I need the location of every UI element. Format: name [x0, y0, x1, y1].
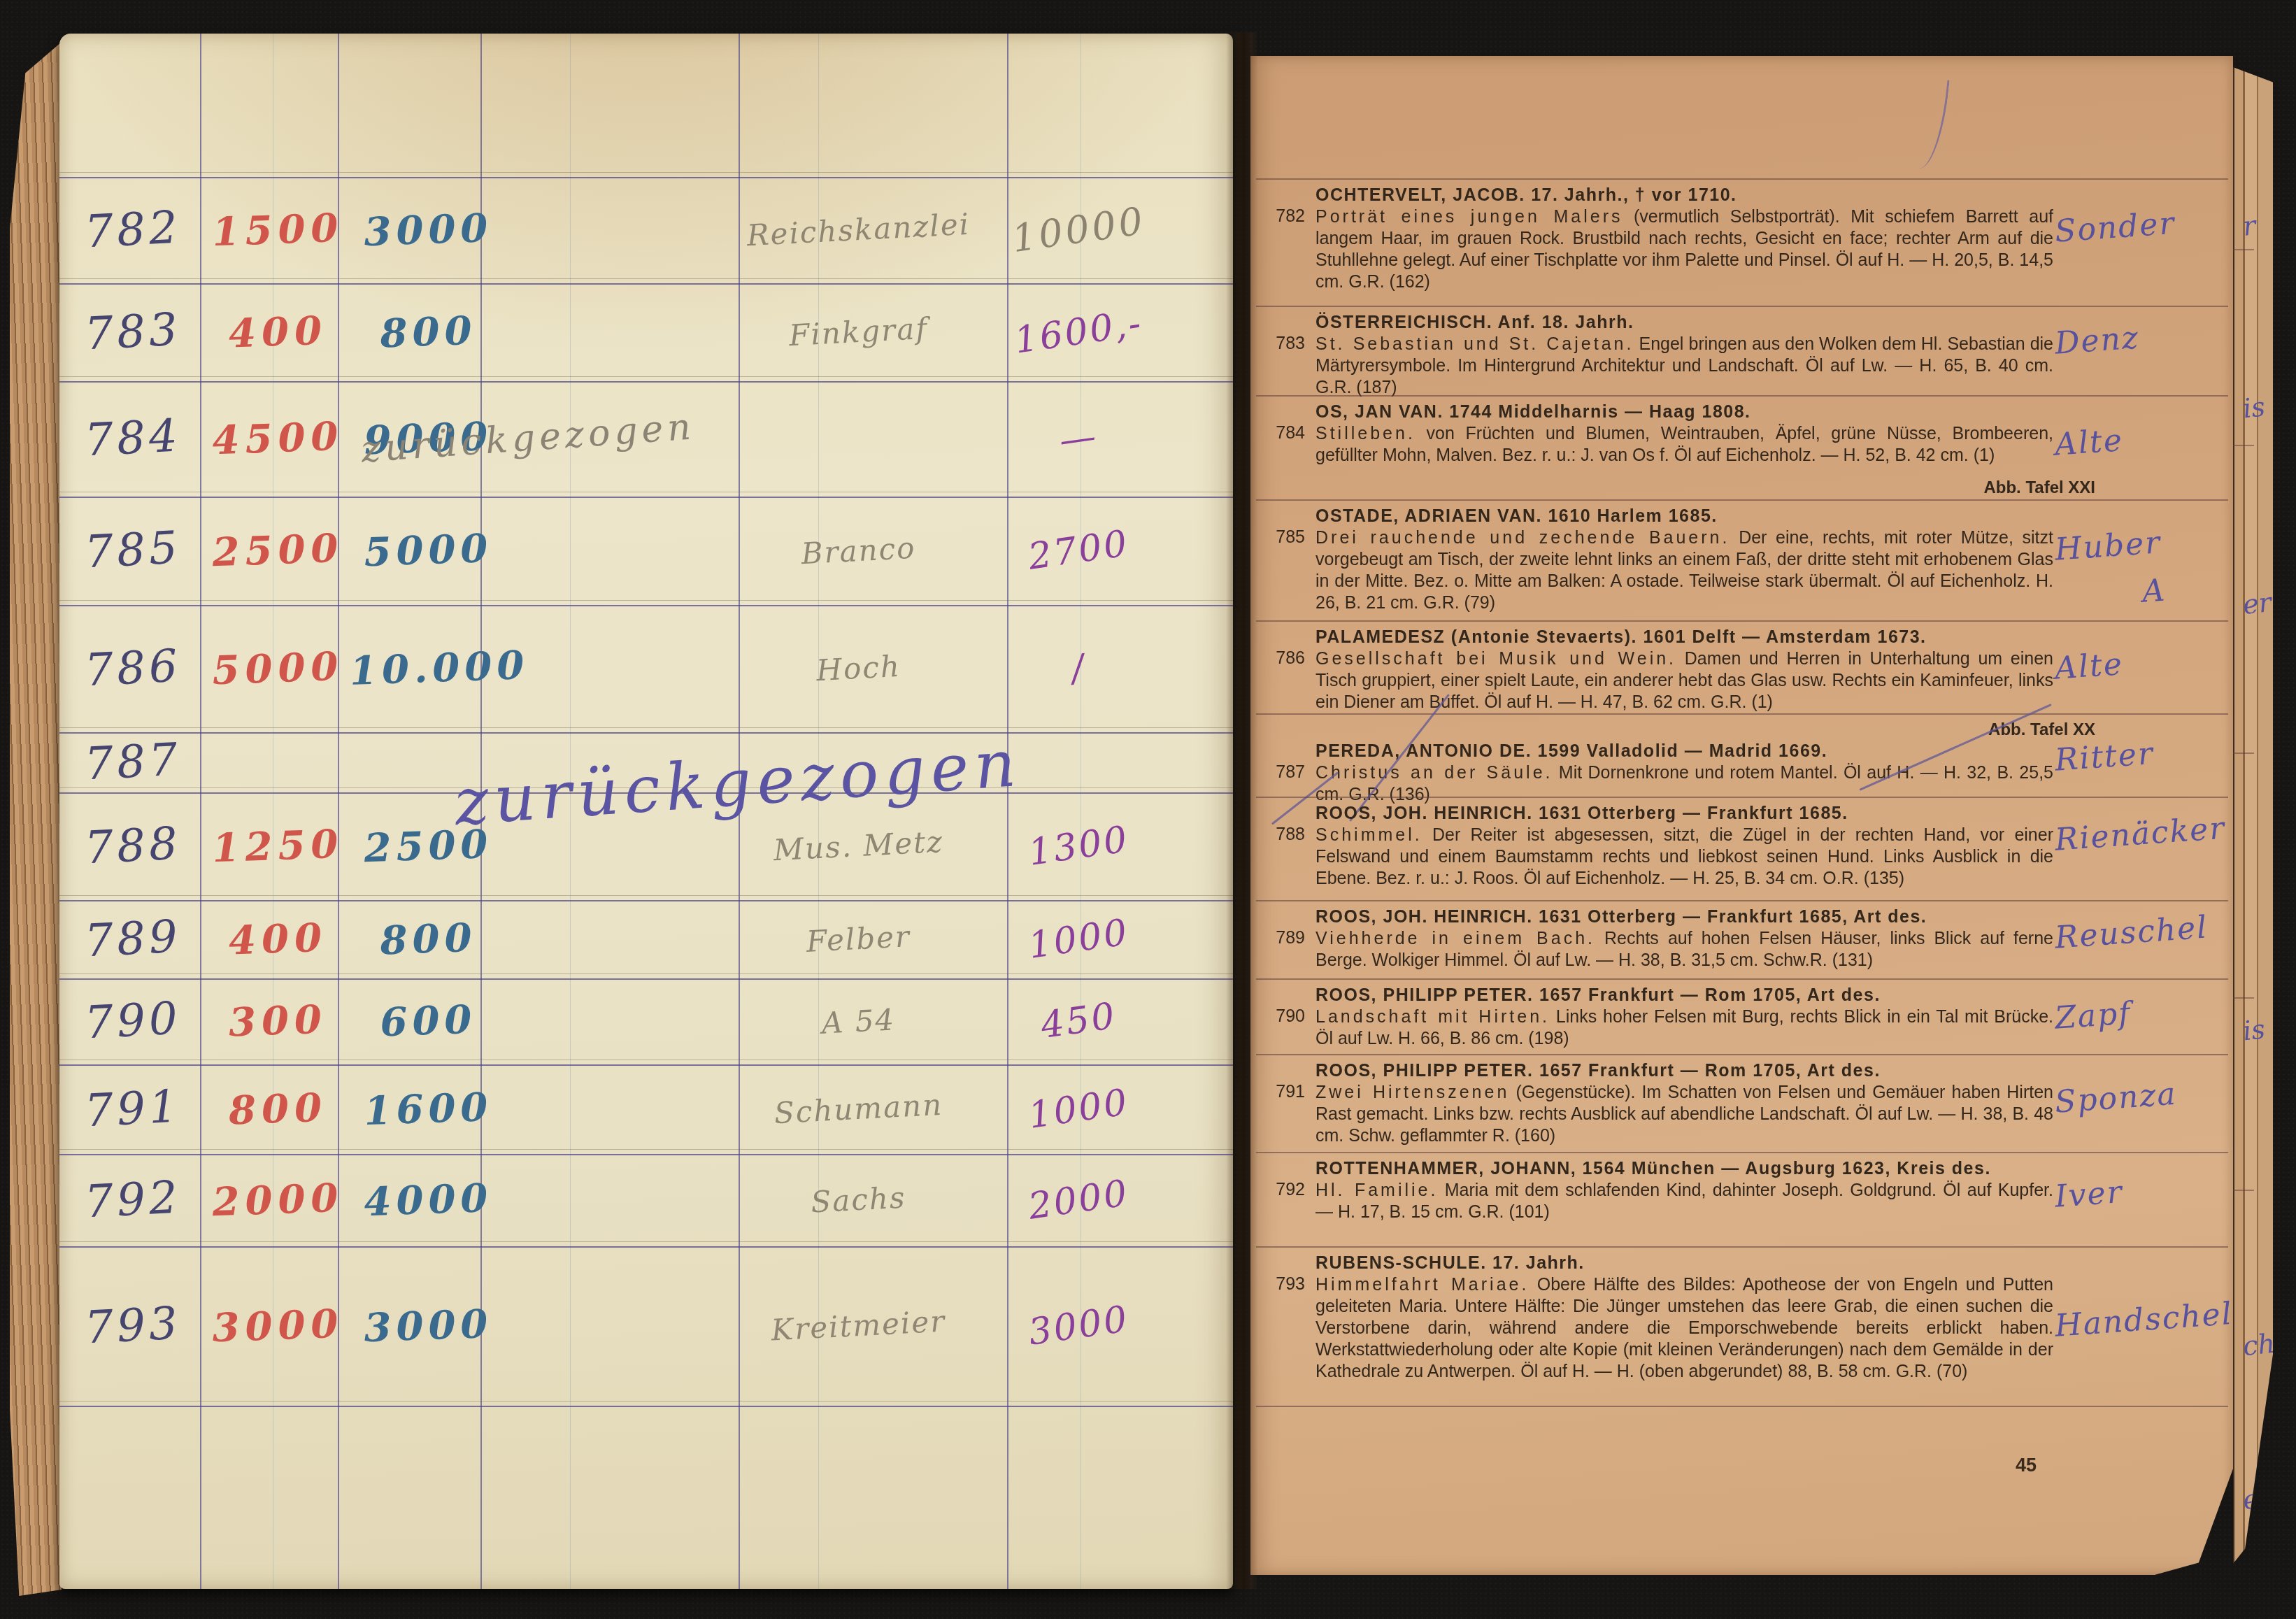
- catalog-entry-text: OS, JAN VAN. 1744 Middelharnis — Haag 18…: [1315, 397, 2053, 466]
- catalog-lot-number: 790: [1256, 1006, 1305, 1027]
- catalog-entry-description: Stilleben. von Früchten und Blumen, Wein…: [1315, 423, 2053, 466]
- ledger-estimate-price: 5000: [348, 494, 508, 608]
- ledger-row: 789400800Felber1000: [59, 900, 1233, 978]
- ledger-row: 78445009000zurückgezogen—: [59, 381, 1233, 497]
- catalog-lot-number: 789: [1256, 928, 1305, 948]
- ledger-result-price: —: [997, 371, 1162, 506]
- ledger-lot-number: 784: [64, 378, 202, 500]
- catalog-entry-description: Gesellschaft bei Musik und Wein. Damen u…: [1315, 648, 2053, 713]
- catalog-entry-title: Drei rauchende und zechende Bauern.: [1315, 528, 1730, 548]
- ledger-limit-price: 400: [205, 897, 351, 980]
- ledger-row: 78812502500Mus. Metz1300: [59, 792, 1233, 900]
- ledger-buyer-name: Kreitmeier: [720, 1239, 997, 1413]
- edge-writing-fragment: ch: [2241, 1328, 2276, 1362]
- catalog-entry-text: RUBENS-SCHULE. 17. Jahrh.Himmelfahrt Mar…: [1315, 1248, 2053, 1383]
- catalog-entry-text: ÖSTERREICHISCH. Anf. 18. Jahrh.St. Sebas…: [1315, 307, 2053, 399]
- catalog-entry-artist: ROOS, PHILIPP PETER. 1657 Frankfurt — Ro…: [1315, 985, 2053, 1006]
- catalog-lot-number: 788: [1256, 825, 1305, 845]
- catalog-entry-title: Schimmel.: [1315, 825, 1422, 845]
- edge-rule-fragment: [2233, 997, 2254, 999]
- catalog-entry-description: Schimmel. Der Reiter ist abgesessen, sit…: [1315, 825, 2053, 890]
- ledger-buyer-name: Reichskanzlei: [721, 170, 995, 290]
- edge-rule-fragment: [2233, 753, 2254, 754]
- ledger-limit-price: 1500: [204, 174, 351, 285]
- catalog-entry-text: OSTADE, ADRIAEN VAN. 1610 Harlem 1685.Dr…: [1315, 501, 2053, 614]
- ledger-limit-price: 800: [205, 1062, 351, 1156]
- ledger-lot-number: 785: [64, 493, 202, 608]
- ledger-buyer-name: A 54: [722, 971, 995, 1071]
- catalog-entry-title: Porträt eines jungen Malers: [1315, 207, 1623, 227]
- ledger-lot-number: 787: [65, 729, 201, 796]
- book-gutter: [1226, 32, 1258, 1589]
- catalog-entry-description: Viehherde in einem Bach. Rechts auf hohe…: [1315, 928, 2053, 971]
- ledger-estimate-price: 3000: [348, 174, 508, 286]
- catalog-entry-artist: ROTTENHAMMER, JOHANN, 1564 München — Aug…: [1315, 1158, 2053, 1180]
- ledger-estimate-price: 1600: [348, 1062, 508, 1157]
- catalog-entry-title: Stilleben.: [1315, 424, 1416, 443]
- catalog-entry-title: Hl. Familie.: [1315, 1181, 1438, 1200]
- edge-rule-fragment: [2233, 1190, 2254, 1191]
- catalog-entry-text: PALAMEDESZ (Antonie Stevaerts). 1601 Del…: [1315, 622, 2053, 713]
- catalog-lot-number: 782: [1256, 206, 1305, 227]
- ledger-lot-number: 782: [64, 173, 202, 287]
- catalog-entry-description: Drei rauchende und zechende Bauern. Der …: [1315, 527, 2053, 614]
- catalog-entry-text: ROTTENHAMMER, JOHANN, 1564 München — Aug…: [1315, 1153, 2053, 1223]
- edge-writing-fragment: is: [2241, 391, 2267, 424]
- catalog-entry-artist: OSTADE, ADRIAEN VAN. 1610 Harlem 1685.: [1315, 506, 2053, 527]
- catalog-lot-number: 787: [1256, 762, 1305, 783]
- catalog-entry-title: Himmelfahrt Mariae.: [1315, 1275, 1529, 1295]
- plate-reference: Abb. Tafel XXI: [1983, 478, 2095, 498]
- ledger-lot-number: 791: [64, 1061, 201, 1157]
- left-page-edges: [10, 42, 62, 1596]
- catalog-entry-title: Landschaft mit Hirten.: [1315, 1007, 1550, 1027]
- catalog-lot-number: 793: [1256, 1274, 1305, 1295]
- catalog-entry-description: St. Sebastian und St. Cajetan. Engel bri…: [1315, 334, 2053, 399]
- ledger-lot-number: 792: [64, 1150, 202, 1250]
- ledger-buyer-name: Mus. Metz: [721, 785, 996, 907]
- catalog-lot-number: 784: [1256, 423, 1305, 443]
- ledger-lot-number: 786: [63, 601, 202, 736]
- ledger-lot-number: 783: [64, 280, 201, 385]
- catalog-entry-artist: ROOS, PHILIPP PETER. 1657 Frankfurt — Ro…: [1315, 1060, 2053, 1082]
- catalog-entry-artist: OCHTERVELT, JACOB. 17. Jahrh., † vor 171…: [1315, 185, 2053, 206]
- catalog-entry-artist: ÖSTERREICHISCH. Anf. 18. Jahrh.: [1315, 312, 2053, 334]
- catalog-entry-title: Zwei Hirtenszenen: [1315, 1083, 1509, 1102]
- book-spread: 78215003000Reichskanzlei10000783400800Fi…: [0, 0, 2296, 1619]
- ledger-row: 783400800Finkgraf1600,-: [59, 283, 1233, 381]
- catalog-entry-text: PEREDA, ANTONIO DE. 1599 Valladolid — Ma…: [1315, 715, 2053, 806]
- ledger-estimate-price: 800: [348, 897, 508, 981]
- ledger-estimate-price: 3000: [347, 1243, 510, 1408]
- ledger-row: 790300600A 54450: [59, 978, 1233, 1064]
- catalog-entry-title: Gesellschaft bei Musik und Wein.: [1315, 649, 1676, 669]
- ledger-lot-number: 790: [64, 975, 201, 1068]
- ledger-row: 7918001600Schumann1000: [59, 1064, 1233, 1154]
- catalog-entry-text: ROOS, PHILIPP PETER. 1657 Frankfurt — Ro…: [1315, 1055, 2053, 1147]
- catalog-lot-number: 785: [1256, 527, 1305, 548]
- ledger-row: 787zurückgezogen: [59, 732, 1233, 792]
- ledger-lot-number: 789: [64, 897, 201, 982]
- catalog-lot-number: 786: [1256, 648, 1305, 669]
- catalog-entry-text: OCHTERVELT, JACOB. 17. Jahrh., † vor 171…: [1315, 180, 2053, 293]
- edge-writing-fragment: r: [2241, 210, 2258, 242]
- catalog-page: 45 OCHTERVELT, JACOB. 17. Jahrh., † vor …: [1250, 56, 2233, 1575]
- edge-writing-fragment: er: [2241, 1482, 2273, 1515]
- catalog-entry-artist: ROOS, JOH. HEINRICH. 1631 Otterberg — Fr…: [1315, 906, 2053, 928]
- ledger-estimate-price: 10.000: [348, 602, 509, 735]
- catalog-entry-artist: PALAMEDESZ (Antonie Stevaerts). 1601 Del…: [1315, 627, 2053, 648]
- ledger-estimate-price: 800: [348, 280, 509, 384]
- edge-writing-fragment: is: [2241, 1013, 2267, 1046]
- ledger-buyer-name: Felber: [722, 893, 994, 985]
- page-number: 45: [2016, 1455, 2037, 1476]
- catalog-entry-text: ROOS, PHILIPP PETER. 1657 Frankfurt — Ro…: [1315, 980, 2053, 1050]
- pen-stroke: [1910, 77, 1949, 171]
- ledger-buyer-name: Finkgraf: [722, 276, 996, 388]
- ledger-limit-price: 1250: [204, 790, 351, 902]
- ledger-buyer-name: Sachs: [722, 1147, 995, 1253]
- catalog-final-rule: [1256, 1406, 2228, 1407]
- catalog-entry-title: Christus an der Säule.: [1315, 763, 1553, 783]
- ledger-row: 78525005000Branco2700: [59, 497, 1233, 605]
- ledger-limit-price: 2000: [205, 1151, 351, 1248]
- ledger-row: 79220004000Sachs2000: [59, 1154, 1233, 1246]
- edge-writing-fragment: er: [2241, 587, 2273, 620]
- catalog-entry-artist: ROOS, JOH. HEINRICH. 1631 Otterberg — Fr…: [1315, 803, 2053, 825]
- catalog-lot-number: 783: [1256, 334, 1305, 354]
- ledger-buyer-name: Branco: [721, 490, 996, 612]
- plate-reference: Abb. Tafel XX: [1988, 720, 2095, 740]
- right-page-edges: riserischer: [2233, 67, 2273, 1564]
- ledger-estimate-price: 4000: [348, 1151, 508, 1249]
- catalog-lot-number: 791: [1256, 1082, 1305, 1102]
- ledger-page: 78215003000Reichskanzlei10000783400800Fi…: [59, 34, 1233, 1589]
- ledger-limit-price: 300: [205, 976, 351, 1067]
- catalog-entry-title: St. Sebastian und St. Cajetan.: [1315, 334, 1634, 354]
- ledger-row: 78215003000Reichskanzlei10000: [59, 177, 1233, 283]
- edge-rule-fragment: [2233, 249, 2254, 250]
- catalog-entry-text: ROOS, JOH. HEINRICH. 1631 Otterberg — Fr…: [1315, 798, 2053, 890]
- catalog-entry-title: Viehherde in einem Bach.: [1315, 929, 1595, 948]
- catalog-entry-text: ROOS, JOH. HEINRICH. 1631 Otterberg — Fr…: [1315, 901, 2053, 971]
- ledger-lot-number: 788: [64, 789, 202, 904]
- ledger-limit-price: 5000: [204, 602, 352, 734]
- catalog-entry-description: Porträt eines jungen Malers (vermutlich …: [1315, 206, 2053, 293]
- ledger-limit-price: 3000: [204, 1243, 352, 1408]
- ledger-limit-price: 2500: [204, 494, 351, 607]
- catalog-entry-description: Zwei Hirtenszenen (Gegenstücke). Im Scha…: [1315, 1082, 2053, 1147]
- edge-rule-fragment: [2233, 445, 2254, 446]
- ledger-row: 79330003000Kreitmeier3000: [59, 1246, 1233, 1406]
- ledger-estimate-price: 2500: [348, 790, 508, 903]
- catalog-entry-description: Hl. Familie. Maria mit dem schlafenden K…: [1315, 1180, 2053, 1223]
- catalog-lot-number: 792: [1256, 1180, 1305, 1200]
- ledger-estimate-price: 600: [348, 976, 508, 1067]
- ledger-buyer-name: Schumann: [722, 1057, 995, 1161]
- catalog-entry-description: Landschaft mit Hirten. Links hoher Felse…: [1315, 1006, 2053, 1050]
- catalog-entry-artist: RUBENS-SCHULE. 17. Jahrh.: [1315, 1253, 2053, 1274]
- ledger-result-price: 3000: [993, 1236, 1164, 1415]
- ledger-limit-price: 400: [205, 280, 352, 383]
- catalog-entry-artist: OS, JAN VAN. 1744 Middelharnis — Haag 18…: [1315, 401, 2053, 423]
- ledger-row-pencil-line: [59, 172, 1233, 173]
- ledger-lot-number: 793: [62, 1243, 204, 1409]
- catalog-entry-description: Himmelfahrt Mariae. Obere Hälfte des Bil…: [1315, 1274, 2053, 1383]
